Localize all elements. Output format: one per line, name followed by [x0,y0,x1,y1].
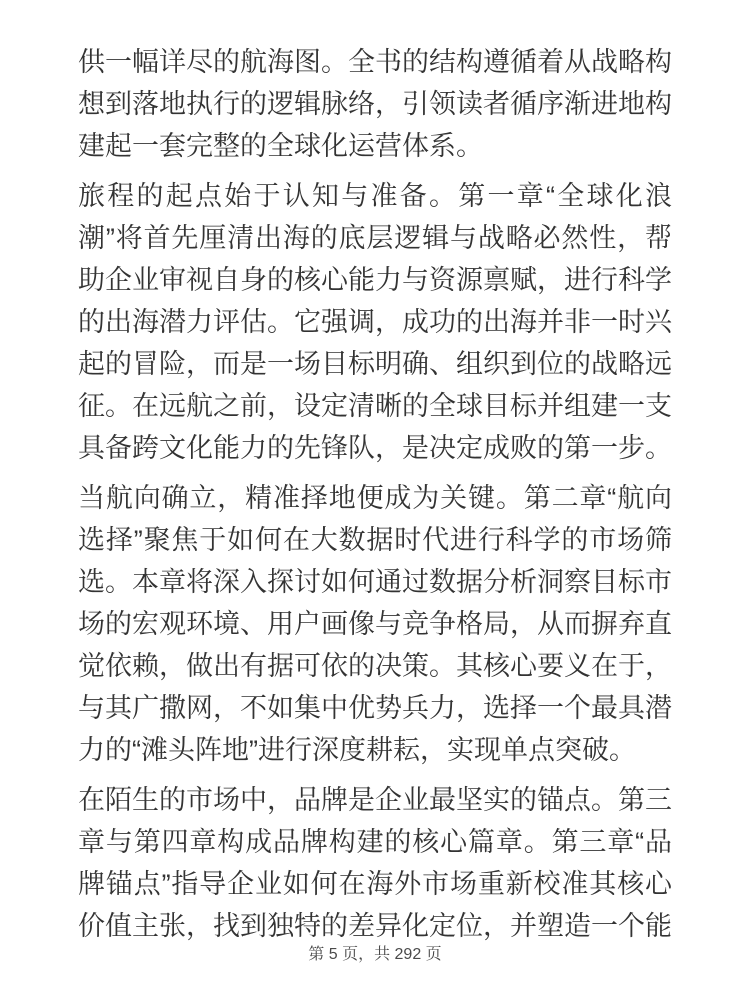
paragraph-3: 当航向确立，精准择地便成为关键。第二章“航向选择”聚焦于如何在大数据时代进行科学… [78,477,672,771]
paragraph-1: 供一幅详尽的航海图。全书的结构遵循着从战略构想到落地执行的逻辑脉络，引领读者循序… [78,41,672,167]
paragraph-2: 旅程的起点始于认知与准备。第一章“全球化浪潮”将首先厘清出海的底层逻辑与战略必然… [78,175,672,469]
paragraph-4: 在陌生的市场中，品牌是企业最坚实的锚点。第三章与第四章构成品牌构建的核心篇章。第… [78,779,672,947]
page-body-text: 供一幅详尽的航海图。全书的结构遵循着从战略构想到落地执行的逻辑脉络，引领读者循序… [78,41,672,955]
page-number-indicator: 第 5 页，共 292 页 [0,945,750,965]
document-page: 供一幅详尽的航海图。全书的结构遵循着从战略构想到落地执行的逻辑脉络，引领读者循序… [0,0,750,1000]
